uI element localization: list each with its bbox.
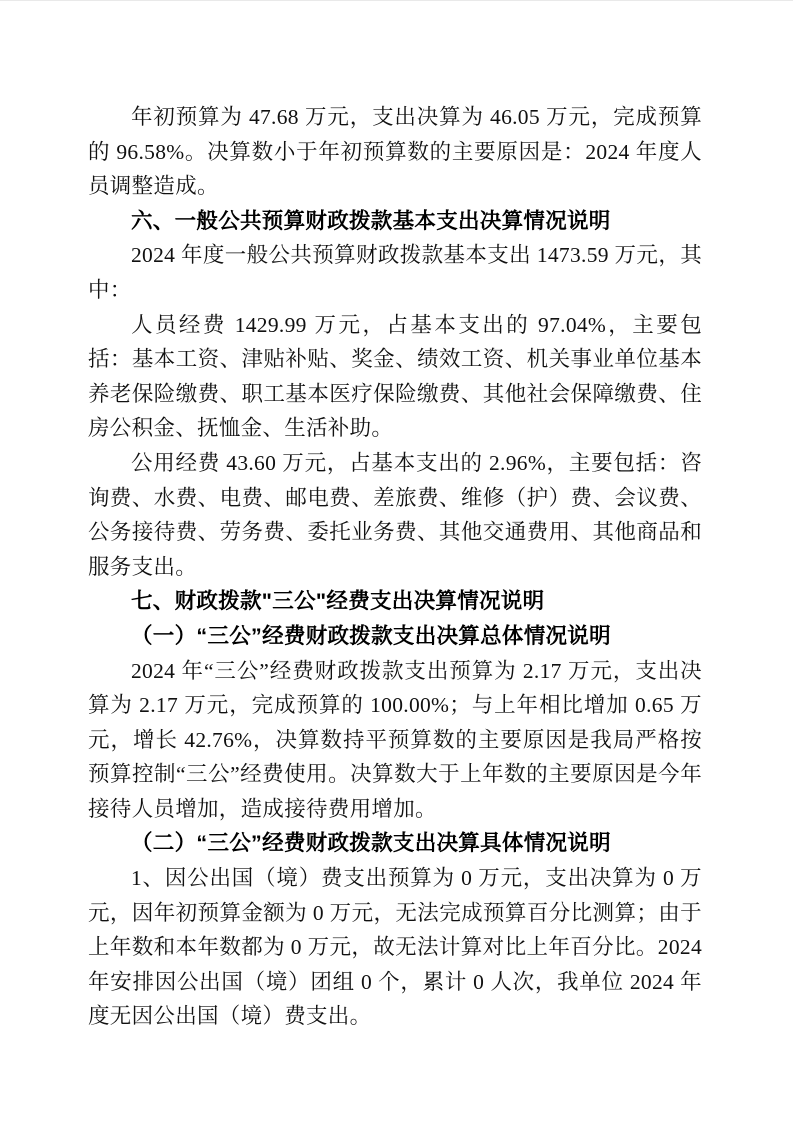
paragraph-three-public-overall: 2024 年“三公”经费财政拨款支出预算为 2.17 万元，支出决算为 2.17… [88,654,702,827]
heading-subsection-2-specific: （二）“三公”经费财政拨款支出决算具体情况说明 [88,826,702,861]
paragraph-overseas-travel: 1、因公出国（境）费支出预算为 0 万元，支出决算为 0 万元，因年初预算金额为… [88,861,702,1034]
heading-section-6-basic-expenditure: 六、一般公共预算财政拨款基本支出决算情况说明 [88,204,702,239]
paragraph-public-funds: 公用经费 43.60 万元，占基本支出的 2.96%，主要包括：咨询费、水费、电… [88,446,702,584]
heading-section-7-three-public-expenses: 七、财政拨款"三公"经费支出决算情况说明 [88,584,702,619]
document-body: 年初预算为 47.68 万元，支出决算为 46.05 万元，完成预算的 96.5… [88,100,702,1034]
heading-subsection-1-overall: （一）“三公”经费财政拨款支出决算总体情况说明 [88,619,702,654]
document-page: 年初预算为 47.68 万元，支出决算为 46.05 万元，完成预算的 96.5… [0,0,793,1122]
paragraph-budget-completion: 年初预算为 47.68 万元，支出决算为 46.05 万元，完成预算的 96.5… [88,100,702,204]
paragraph-personnel-funds: 人员经费 1429.99 万元，占基本支出的 97.04%，主要包括：基本工资、… [88,308,702,446]
paragraph-basic-expenditure-total: 2024 年度一般公共预算财政拨款基本支出 1473.59 万元，其中： [88,238,702,307]
